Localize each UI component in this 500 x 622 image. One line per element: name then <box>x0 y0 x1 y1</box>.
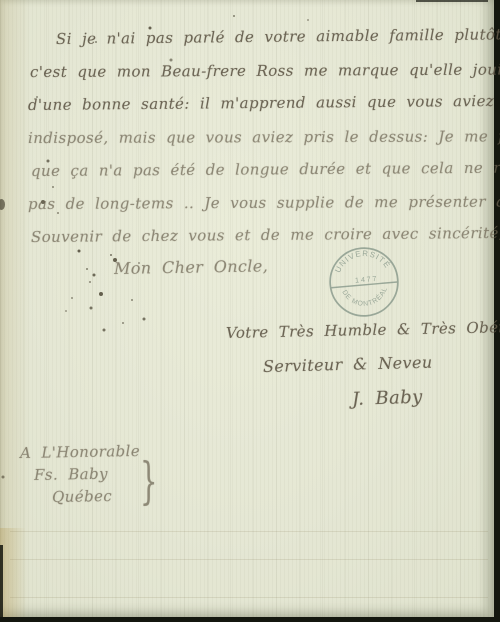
paper-stain-left <box>0 0 30 617</box>
closing-line-2: Serviteur & Neveu <box>263 353 433 376</box>
letter-scan: Si je n'ai pas parlé de votre aimable fa… <box>0 0 500 622</box>
stamp-arc-top-text: UNIVERSITÉ <box>332 246 393 274</box>
fold-line <box>10 559 488 560</box>
body-line-2: c'est que mon Beau-frere Ross me marque … <box>30 60 500 81</box>
stamp-arc-bottom-text: DE MONTRÉAL <box>340 285 390 309</box>
address-line-1: A L'Honorable <box>20 442 140 462</box>
ink-smudge <box>0 199 5 210</box>
body-line-6: pas de long-tems .. Je vous supplie de m… <box>28 192 500 213</box>
closing-line-1: Votre Très Humble & Très Obéisst <box>226 318 500 342</box>
university-stamp: UNIVERSITÉ DE MONTRÉAL 1477 <box>325 243 403 321</box>
paper: Si je n'ai pas parlé de votre aimable fa… <box>0 0 494 617</box>
ink-specks <box>0 0 2 2</box>
paper-stain-bottom-left <box>0 528 26 617</box>
body-line-7: Souvenir de chez vous et de me croire av… <box>31 224 500 246</box>
signature: J. Baby <box>352 387 423 410</box>
salutation: Mon Cher Oncle, <box>114 256 269 278</box>
body-line-4: indisposé, mais que vous aviez pris le d… <box>28 127 500 147</box>
address-line-2: Fs. Baby <box>34 465 108 484</box>
stamp-number: 1477 <box>355 274 379 285</box>
address-line-3: Québec <box>52 487 112 506</box>
scan-edge-bottom-left <box>0 545 3 617</box>
fold-line <box>10 531 488 532</box>
scan-edge-top-right <box>416 0 488 2</box>
fold-line <box>10 597 488 598</box>
body-line-5: que ça n'a pas été de longue durée et qu… <box>31 158 500 180</box>
body-line-3: d'une bonne santé: il m'apprend aussi qu… <box>28 92 500 114</box>
address-brace: } <box>140 452 158 510</box>
body-line-1: Si je n'ai pas parlé de votre aimable fa… <box>56 25 500 48</box>
